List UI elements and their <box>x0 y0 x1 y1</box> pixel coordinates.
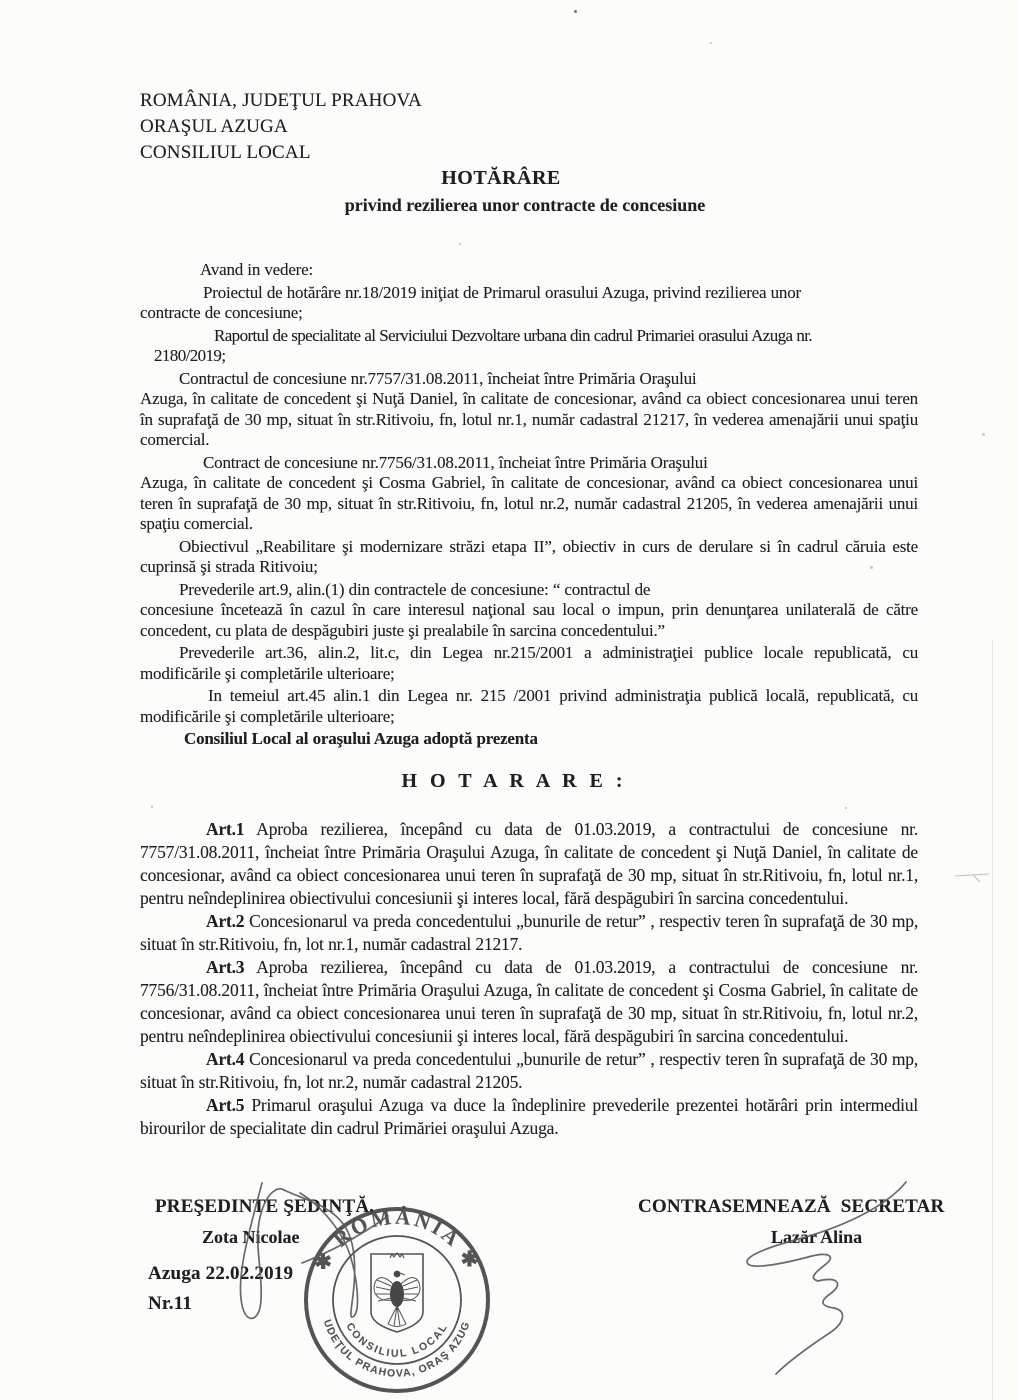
preamble-item: Obiectivul „Reabilitare şi modernizare s… <box>140 537 918 578</box>
countersign-name: Lazăr Alina <box>771 1227 862 1248</box>
decision-heading: H O T A R A R E : <box>140 768 888 794</box>
preamble-intro: Avand in vedere: <box>140 260 918 281</box>
preamble-item: Raportul de specialitate al Serviciului … <box>140 326 918 367</box>
preamble-item: In temeiul art.45 alin.1 din Legea nr. 2… <box>140 686 918 727</box>
president-name: Zota Nicolae <box>202 1227 299 1248</box>
scan-scratch-mark <box>953 870 993 884</box>
article-label: Art.2 <box>206 911 244 931</box>
scan-speck <box>845 807 847 809</box>
article-label: Art.5 <box>206 1095 244 1115</box>
article-label: Art.1 <box>206 819 244 839</box>
article-paragraph: Art.5 Primarul oraşului Azuga va duce la… <box>140 1094 918 1140</box>
article-text: Primarul oraşului Azuga va duce la îndep… <box>140 1095 918 1138</box>
article-text: Aproba rezilierea, începând cu data de 0… <box>140 957 918 1046</box>
article-text: Concesionarul va preda concedentului „bu… <box>140 1049 918 1092</box>
article-label: Art.3 <box>206 957 244 977</box>
scan-speck <box>982 433 985 436</box>
article-text: Concesionarul va preda concedentului „bu… <box>140 911 918 954</box>
preamble-item: Proiectul de hotărâre nr.18/2019 iniţiat… <box>140 283 918 324</box>
svg-text:✱ ROMÂNIA ✱: ✱ ROMÂNIA ✱ <box>309 1205 485 1275</box>
scan-speck <box>459 243 461 245</box>
scan-speck <box>574 10 577 13</box>
issuer-council-line: CONSILIUL LOCAL <box>140 140 918 166</box>
document-title: HOTĂRÂRE <box>140 166 862 190</box>
scan-edge-line <box>992 640 993 1400</box>
scan-bottom-streak <box>0 1395 1018 1400</box>
official-stamp: ✱ ROMÂNIA ✱ JUDEŢUL PRAHOVA, ORAŞ AZUGA … <box>297 1205 497 1400</box>
stamp-country-text: ✱ ROMÂNIA ✱ <box>309 1205 485 1275</box>
preamble-item: Contractul de concesiune nr.7757/31.08.2… <box>140 369 918 451</box>
article-paragraph: Art.1 Aproba rezilierea, începând cu dat… <box>140 818 918 910</box>
countersign-title: CONTRASEMNEAZĂ SECRETAR <box>638 1196 944 1218</box>
issuer-block: ROMÂNIA, JUDEŢUL PRAHOVA ORAŞUL AZUGA CO… <box>140 88 918 166</box>
article-text: Aproba rezilierea, începând cu data de 0… <box>140 819 918 908</box>
article-paragraph: Art.3 Aproba rezilierea, începând cu dat… <box>140 956 918 1048</box>
scan-speck <box>710 42 712 44</box>
issuer-city-line: ORAŞUL AZUGA <box>140 114 918 140</box>
issuer-country-line: ROMÂNIA, JUDEŢUL PRAHOVA <box>140 88 918 114</box>
scan-speck <box>151 806 153 808</box>
article-label: Art.4 <box>206 1049 244 1069</box>
decision-number: Nr.11 <box>148 1293 192 1315</box>
article-paragraph: Art.2 Concesionarul va preda concedentul… <box>140 910 918 956</box>
issue-place-date: Azuga 22.02.2019 <box>148 1263 293 1285</box>
preamble-item: Prevederile art.36, alin.2, lit.c, din L… <box>140 643 918 684</box>
document-subtitle: privind rezilierea unor contracte de con… <box>140 194 910 216</box>
coat-of-arms <box>371 1253 423 1332</box>
preamble-section: Avand in vedere: Proiectul de hotărâre n… <box>140 260 918 750</box>
preamble-item: Prevederile art.9, alin.(1) din contract… <box>140 580 918 642</box>
document-content: ROMÂNIA, JUDEŢUL PRAHOVA ORAŞUL AZUGA CO… <box>140 88 918 1140</box>
adoption-line: Consiliul Local al oraşului Azuga adoptă… <box>140 729 918 750</box>
article-paragraph: Art.4 Concesionarul va preda concedentul… <box>140 1048 918 1094</box>
preamble-item: Contract de concesiune nr.7756/31.08.201… <box>140 453 918 535</box>
articles-section: Art.1 Aproba rezilierea, începând cu dat… <box>140 818 918 1140</box>
document-page: ROMÂNIA, JUDEŢUL PRAHOVA ORAŞUL AZUGA CO… <box>0 0 1018 1400</box>
scan-speck <box>870 566 873 569</box>
